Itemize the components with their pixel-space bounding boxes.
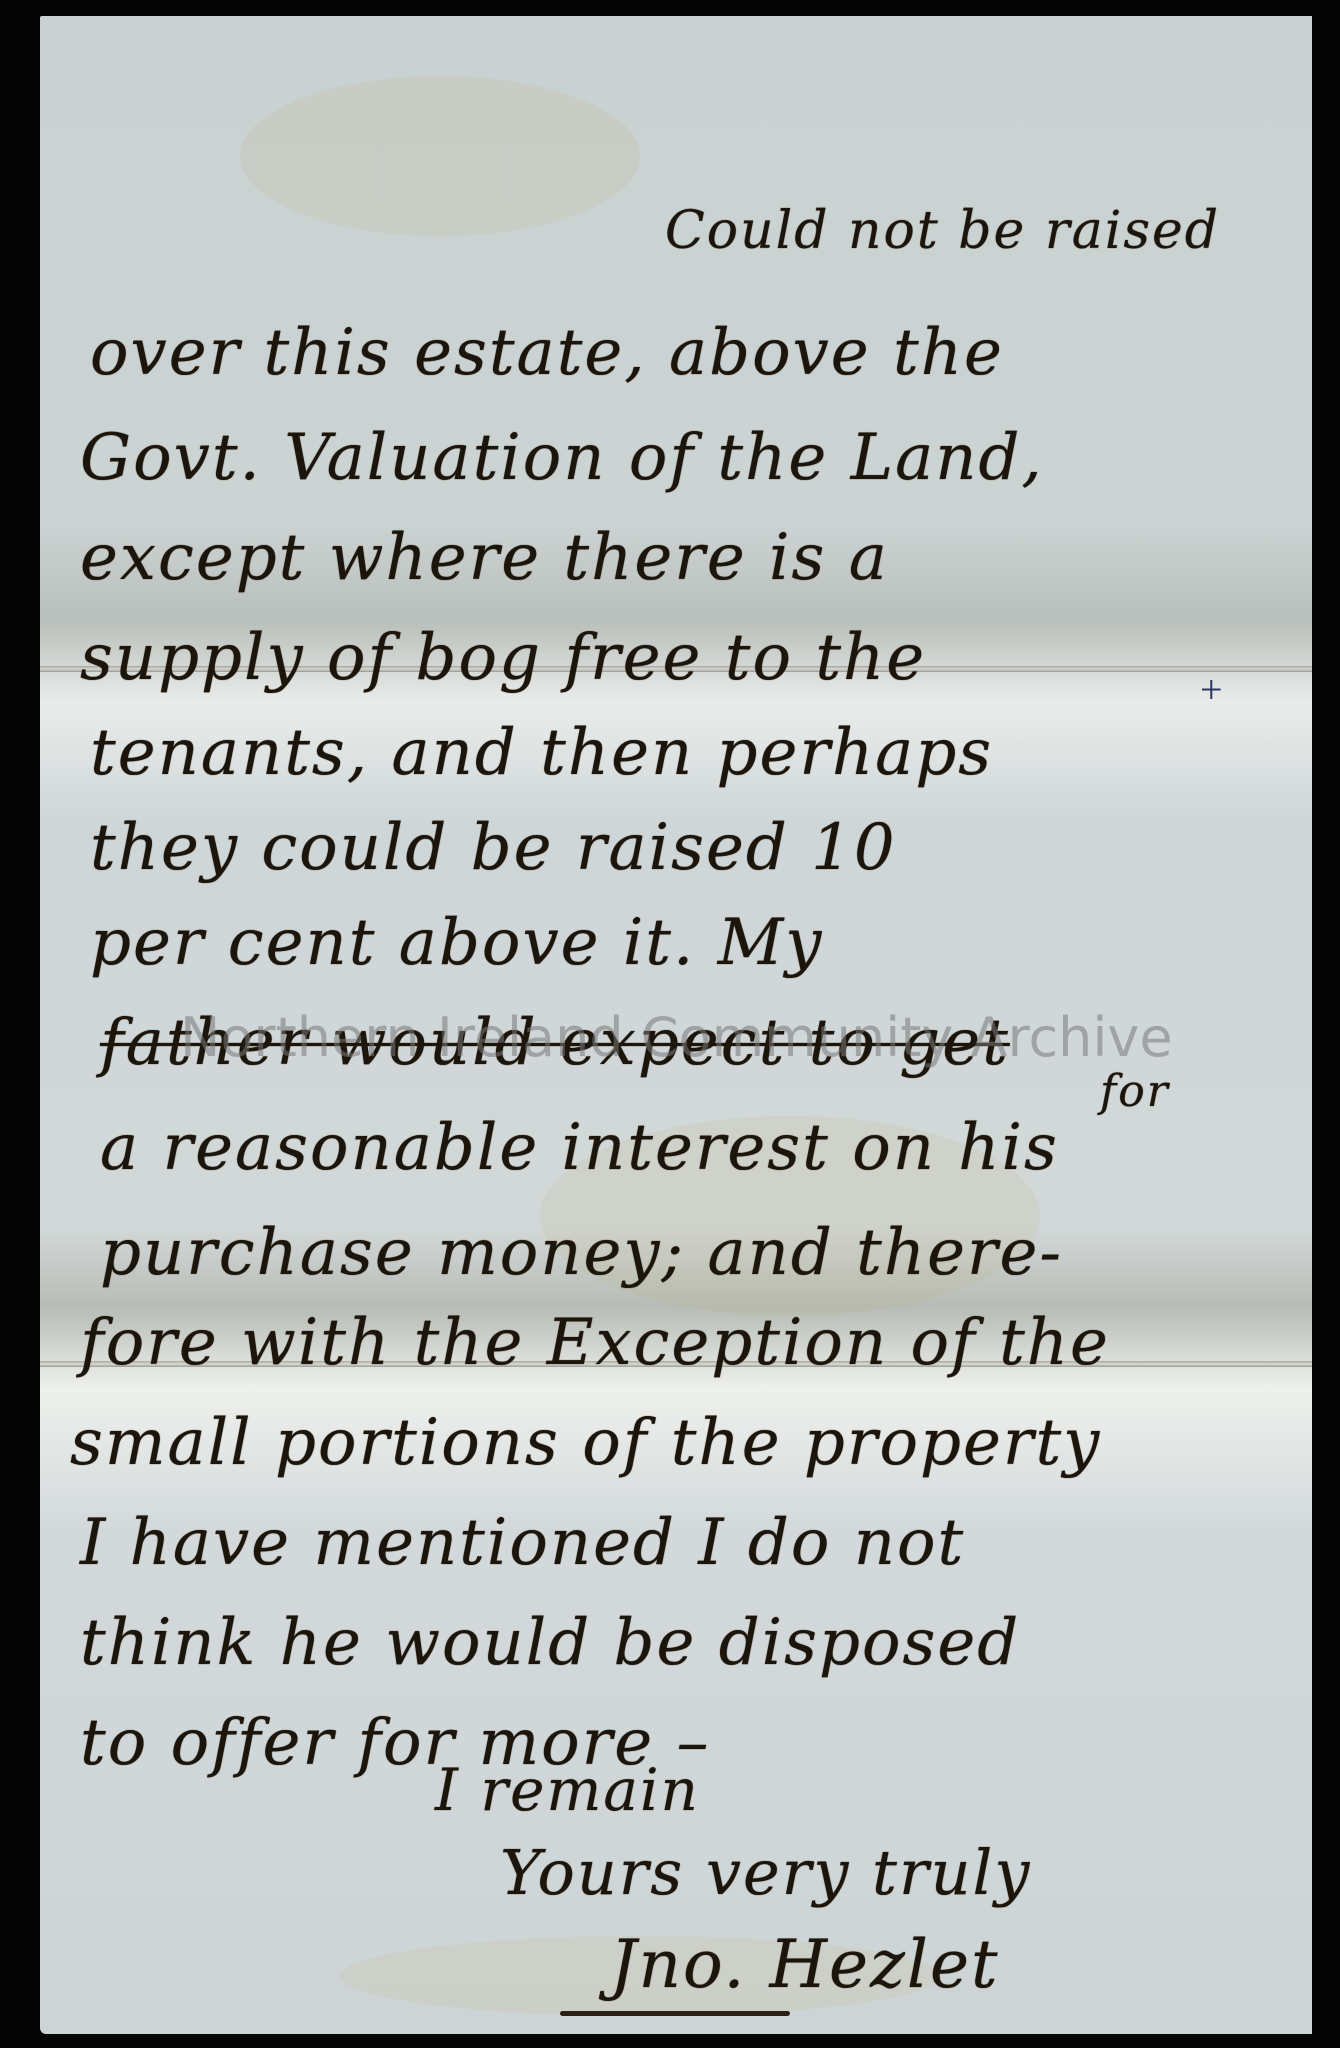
paper-stain [240,76,640,236]
letter-line-7: they could be raised 10 [90,811,897,885]
letter-line-15: think he would be disposed [80,1606,1020,1680]
letter-line-14: I have mentioned I do not [80,1506,965,1580]
letter-line-12: fore with the Exception of the [80,1306,1110,1380]
letter-line-4: except where there is a [80,521,889,595]
letter-line-8: per cent above it. My [90,906,823,980]
inserted-word: for [1100,1066,1170,1117]
letter-page: Could not be raised over this estate, ab… [40,16,1312,2034]
letter-line-11: purchase money; and there- [100,1216,1063,1290]
letter-line-3: Govt. Valuation of the Land, [80,421,1044,495]
signature: Jno. Hezlet [610,1926,1000,2003]
letter-line-13: small portions of the property [70,1406,1101,1480]
closing-line-2: Yours very truly [500,1836,1031,1909]
signature-underline [560,2011,790,2016]
letter-line-10: a reasonable interest on his [100,1111,1059,1185]
letter-line-5: supply of bog free to the [80,621,926,695]
closing-line-1: I remain [435,1756,700,1824]
caret-mark: + [1200,666,1223,713]
archive-watermark: Northern Ireland Community Archive [180,1006,1173,1069]
letter-line-1: Could not be raised [665,201,1220,261]
letter-line-2: over this estate, above the [90,316,1004,390]
letter-line-6: tenants, and then perhaps [90,716,993,790]
